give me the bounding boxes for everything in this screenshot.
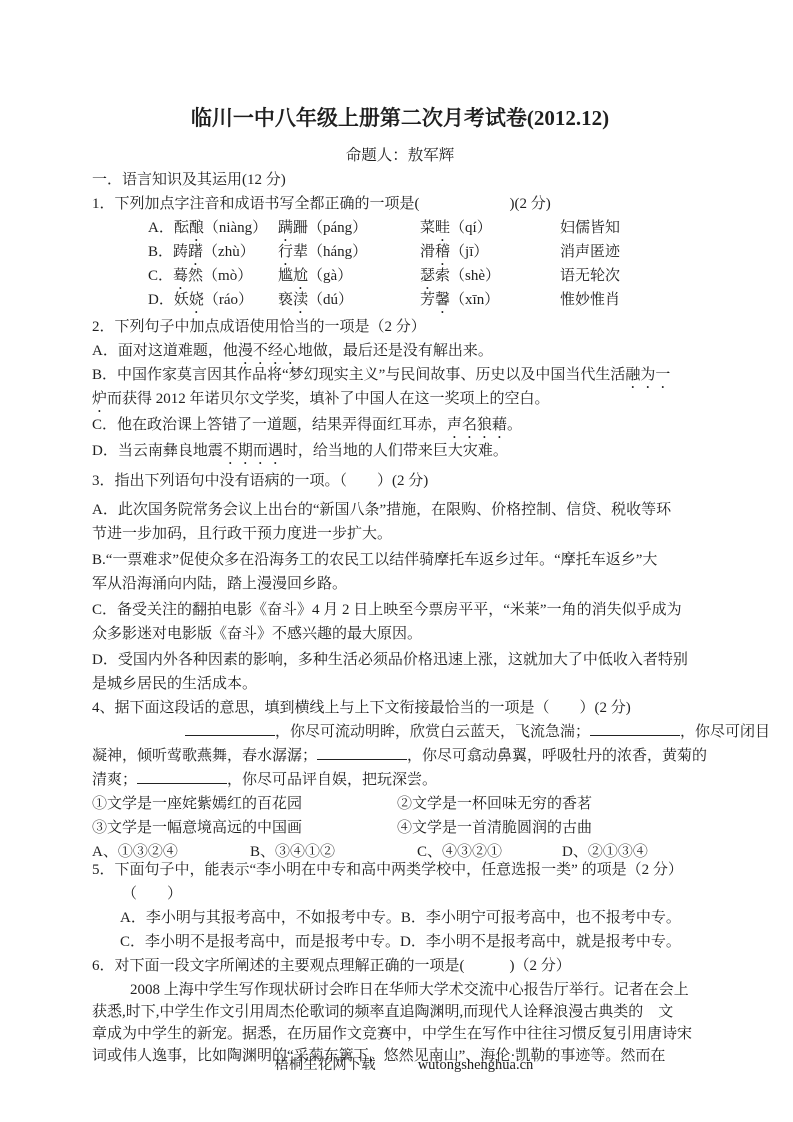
text-line: D．受国内外各种因素的影响，多种生活必须品价格迅速上涨，这就加大了中低收入者特别 <box>92 648 708 672</box>
text-line: B.“一票难求”促使众多在沿海务工的农民工以结伴骑摩托车返乡过年。“摩托车返乡”… <box>92 548 708 572</box>
text-line: A．酝酿（niàng）蹒跚（páng）菜畦（qí）妇儒皆知 <box>92 216 708 240</box>
text-segment: D．受国内外各种因素的影响，多种生活必须品价格迅速上涨，这就加大了中低收入者特别 <box>92 652 688 668</box>
text-segment: （dú） <box>308 292 353 308</box>
text-line: 凝神，倾听莺歌燕舞，春水潺潺；，你尽可翕动鼻翼，呼吸牡丹的浓香，黄菊的 <box>92 744 708 768</box>
text-segment: ④文学是一首清脆圆润的古曲 <box>397 820 592 836</box>
emphasized-text: 躇 <box>188 244 203 260</box>
text-segment: C．李小明不是报考高中，而是报考中专。D．李小明不是报考高中，就是报考中专。 <box>120 934 681 950</box>
emphasized-text: 融为一 <box>625 367 670 383</box>
text-line: 众多影迷对电影版《奋斗》不感兴趣的最大原因。 <box>92 622 708 646</box>
text-segment: 语无轮次 <box>560 268 620 284</box>
text-segment: ①文学是一座姹紫嫣红的百花园 <box>92 792 397 816</box>
text-segment: 惟妙惟肖 <box>560 292 620 308</box>
text-segment: B．中国作家莫言因其作品将“梦幻现实主义”与民间故事、历史以及中国当代生活 <box>92 367 625 383</box>
text-segment: D．妖娆（ráo） <box>148 288 278 317</box>
text-segment: 。 <box>507 417 522 433</box>
text-segment: 消声匿迹 <box>560 244 620 260</box>
text-segment: 亵 <box>278 292 293 308</box>
text-segment: 清爽； <box>92 772 137 788</box>
text-segment: 跚（páng） <box>293 220 367 236</box>
blank-underline <box>317 745 407 760</box>
emphasized-text: 渎 <box>293 292 308 308</box>
text-segment: ②文学是一杯回味无穷的香茗 <box>397 796 592 812</box>
text-segment: 消声匿迹 <box>560 244 620 260</box>
text-line: 2．下列句子中加点成语使用恰当的一项是（2 分） <box>92 315 708 339</box>
text-line: 清爽；，你尽可品评自娱，把玩深尝。 <box>92 768 708 792</box>
text-segment: 3．指出下列语句中没有语病的一项。（ ）(2 分) <box>92 473 428 489</box>
document-body: 一．语言知识及其运用(12 分)1．下列加点字注音和成语书写全都正确的一项是( … <box>92 168 708 1068</box>
text-segment: D．妖 <box>148 292 189 308</box>
text-segment: A．此次国务院常务会议上出台的“新国八条”措施，在限购、价格控制、信贷、税收等环 <box>92 502 671 518</box>
text-segment: 凝神，倾听莺歌燕舞，春水潺潺； <box>92 748 317 764</box>
text-line: 获悉,时下,中学生作文引用周杰伦歌词的频率直追陶渊明,而现代人诠释浪漫古典类的 … <box>92 1000 708 1024</box>
text-segment: 1．下列加点字注音和成语书写全都正确的一项是( )(2 分) <box>92 196 551 212</box>
text-line: 是城乡居民的生活成本。 <box>92 672 708 696</box>
text-line: 炉而获得 2012 年诺贝尔文学奖，填补了中国人在这一奖项上的空白。 <box>92 387 708 411</box>
emphasized-text: 漫不经心 <box>238 343 298 359</box>
text-segment: 一．语言知识及其运用(12 分) <box>92 172 286 188</box>
text-line: 一．语言知识及其运用(12 分) <box>92 168 708 192</box>
text-segment: （jī） <box>450 244 488 260</box>
text-segment: 6．对下面一段文字所阐述的主要观点理解正确的一项是( )（2 分） <box>92 958 571 974</box>
text-segment: 芳 <box>420 292 435 308</box>
text-segment: 惟妙惟肖 <box>560 292 620 308</box>
text-line: 1．下列加点字注音和成语书写全都正确的一项是( )(2 分) <box>92 192 708 216</box>
emphasized-text: 不期而遇 <box>223 443 283 459</box>
text-line: （ ） <box>92 882 708 906</box>
text-line: C．他在政治课上答错了一道题，结果弄得面红耳赤，声名狼藉。 <box>92 413 708 437</box>
text-line: 6．对下面一段文字所阐述的主要观点理解正确的一项是( )（2 分） <box>92 954 708 978</box>
text-segment: 亵渎（dú） <box>278 288 420 317</box>
blank-underline <box>590 721 680 736</box>
text-segment: B.“一票难求”促使众多在沿海务工的农民工以结伴骑摩托车返乡过年。“摩托车返乡”… <box>92 552 657 568</box>
text-segment: 节进一步加码，且行政干预力度进一步扩大。 <box>92 526 392 542</box>
text-line: 3．指出下列语句中没有语病的一项。（ ）(2 分) <box>92 469 708 493</box>
text-segment: ①文学是一座姹紫嫣红的百花园 <box>92 796 302 812</box>
text-line: C．李小明不是报考高中，而是报考中专。D．李小明不是报考高中，就是报考中专。 <box>92 930 708 954</box>
text-segment: 是城乡居民的生活成本。 <box>92 676 257 692</box>
text-segment: ，你尽可品评自娱，把玩深尝。 <box>227 772 437 788</box>
text-segment: 4、据下面这段话的意思，填到横线上与上下文衔接最恰当的一项是（ ）(2 分) <box>92 700 631 716</box>
text-segment: 然（mò） <box>188 268 252 284</box>
text-line: 2008 上海中学生写作现状研讨会昨日在华师大学术交流中心报告厅举行。记者在会上 <box>92 978 708 1002</box>
emphasized-text: 娆 <box>189 292 204 308</box>
text-segment: C． <box>148 268 173 284</box>
text-segment: 时，给当地的人们带来巨大灾难。 <box>283 443 508 459</box>
text-segment: ②文学是一杯回味无穷的香茗 <box>397 796 592 812</box>
text-segment: 菜 <box>420 220 435 236</box>
text-segment: （niàng） <box>204 220 267 236</box>
text-segment: 尴 <box>278 268 293 284</box>
text-segment: A．面对这道难题，他 <box>92 343 238 359</box>
text-segment: 获悉,时下,中学生作文引用周杰伦歌词的频率直追陶渊明,而现代人诠释浪漫古典类的 … <box>92 1004 673 1020</box>
exam-content: 临川一中八年级上册第二次月考试卷(2012.12) 命题人：敖军辉 一．语言知识… <box>92 103 708 1068</box>
emphasized-text: 蹒 <box>278 220 293 236</box>
text-segment: 芳馨（xīn） <box>420 288 560 317</box>
text-segment: 妇儒皆知 <box>560 220 620 236</box>
text-segment: （zhù） <box>203 244 255 260</box>
text-segment: ，你尽可流动明眸，欣赏白云蓝天，飞流急湍； <box>275 724 590 740</box>
text-segment: 2008 上海中学生写作现状研讨会昨日在华师大学术交流中心报告厅举行。记者在会上 <box>130 982 689 998</box>
text-segment: （xīn） <box>450 292 499 308</box>
text-segment: ，你尽可翕动鼻翼，呼吸牡丹的浓香，黄菊的 <box>407 748 707 764</box>
text-segment: 妇儒皆知 <box>560 220 620 236</box>
footer-site-name: 梧桐生花网下载 <box>274 1057 376 1073</box>
footer-site-url: wutongshenghua.cn <box>418 1057 534 1073</box>
text-segment: C．备受关注的翻拍电影《奋斗》4 月 2 日上映至今票房平平，“米莱”一角的消失… <box>92 602 682 618</box>
emphasized-text: 馨 <box>435 292 450 308</box>
text-line: A．此次国务院常务会议上出台的“新国八条”措施，在限购、价格控制、信贷、税收等环 <box>92 498 708 522</box>
emphasized-text: 炉 <box>92 391 107 407</box>
text-segment: B．踌 <box>148 244 188 260</box>
text-line: 节进一步加码，且行政干预力度进一步扩大。 <box>92 522 708 546</box>
text-segment: （ ） <box>122 886 182 902</box>
text-line: ③文学是一幅意境高远的中国画④文学是一首清脆圆润的古曲 <box>92 816 708 840</box>
text-segment: （ráo） <box>204 292 253 308</box>
exam-page: 临川一中八年级上册第二次月考试卷(2012.12) 命题人：敖军辉 一．语言知识… <box>0 0 793 1122</box>
text-segment: 滑 <box>420 244 435 260</box>
text-segment: D．当云南彝良地震 <box>92 443 223 459</box>
text-line: 军从沿海涌向内陆，踏上漫漫回乡路。 <box>92 572 708 596</box>
page-footer: 梧桐生花网下载wutongshenghua.cn <box>0 1038 793 1092</box>
text-segment: C．他在政治课上答错了一道题，结果弄得面红耳赤， <box>92 417 447 433</box>
text-segment: 5．下面句子中，能表示“李小明在中专和高中两类学校中，任意选报一类” 的项是（2… <box>92 862 683 878</box>
text-line: ①文学是一座姹紫嫣红的百花园②文学是一杯回味无穷的香茗 <box>92 792 708 816</box>
text-segment: A．李小明与其报考高中，不如报考中专。B．李小明宁可报考高中，也不报考中专。 <box>120 910 681 926</box>
text-segment: A．酝 <box>148 220 189 236</box>
text-line: 4、据下面这段话的意思，填到横线上与上下文衔接最恰当的一项是（ ）(2 分) <box>92 696 708 720</box>
text-segment: ③文学是一幅意境高远的中国画 <box>92 820 302 836</box>
text-line: A．李小明与其报考高中，不如报考中专。B．李小明宁可报考高中，也不报考中专。 <box>92 906 708 930</box>
text-segment: ④文学是一首清脆圆润的古曲 <box>397 820 592 836</box>
text-segment: 地做，最后还是没有解出来。 <box>298 343 493 359</box>
emphasized-text: 酿 <box>189 220 204 236</box>
emphasized-text: 瑟 <box>420 268 435 284</box>
text-segment: 众多影迷对电影版《奋斗》不感兴趣的最大原因。 <box>92 626 422 642</box>
text-line: B．踌躇（zhù）行辈（háng）滑稽（jī）消声匿迹 <box>92 240 708 264</box>
emphasized-text: 尬 <box>293 268 308 284</box>
text-segment: 辈（háng） <box>293 244 367 260</box>
text-segment: 而获得 2012 年诺贝尔文学奖，填补了中国人在这一奖项上的空白。 <box>107 391 550 407</box>
text-line: C．备受关注的翻拍电影《奋斗》4 月 2 日上映至今票房平平，“米莱”一角的消失… <box>92 598 708 622</box>
text-segment: 语无轮次 <box>560 268 620 284</box>
text-line: D．当云南彝良地震不期而遇时，给当地的人们带来巨大灾难。 <box>92 439 708 463</box>
text-line: 5．下面句子中，能表示“李小明在中专和高中两类学校中，任意选报一类” 的项是（2… <box>92 858 708 882</box>
text-segment: （qí） <box>450 220 492 236</box>
author-line: 命题人：敖军辉 <box>92 146 708 166</box>
text-segment: 军从沿海涌向内陆，踏上漫漫回乡路。 <box>92 576 347 592</box>
text-segment: 2．下列句子中加点成语使用恰当的一项是（2 分） <box>92 319 426 335</box>
emphasized-text: 行 <box>278 244 293 260</box>
text-segment: ③文学是一幅意境高远的中国画 <box>92 816 397 840</box>
text-line: B．中国作家莫言因其作品将“梦幻现实主义”与民间故事、历史以及中国当代生活融为一 <box>92 363 708 387</box>
emphasized-text: 畦 <box>435 220 450 236</box>
text-line: D．妖娆（ráo）亵渎（dú）芳馨（xīn）惟妙惟肖 <box>92 288 708 312</box>
page-title: 临川一中八年级上册第二次月考试卷(2012.12) <box>92 103 708 133</box>
text-segment: ，你尽可闭目 <box>680 724 770 740</box>
blank-underline <box>137 769 227 784</box>
text-line: A．面对这道难题，他漫不经心地做，最后还是没有解出来。 <box>92 339 708 363</box>
blank-underline <box>185 721 275 736</box>
text-line: C．蓦然（mò）尴尬（gà）瑟索（shè）语无轮次 <box>92 264 708 288</box>
text-segment: （gà） <box>308 268 352 284</box>
text-line: ，你尽可流动明眸，欣赏白云蓝天，飞流急湍；，你尽可闭目 <box>92 720 708 744</box>
emphasized-text: 蓦 <box>173 268 188 284</box>
text-segment: 索（shè） <box>435 268 500 284</box>
emphasized-text: 声名狼藉 <box>447 417 507 433</box>
emphasized-text: 稽 <box>435 244 450 260</box>
